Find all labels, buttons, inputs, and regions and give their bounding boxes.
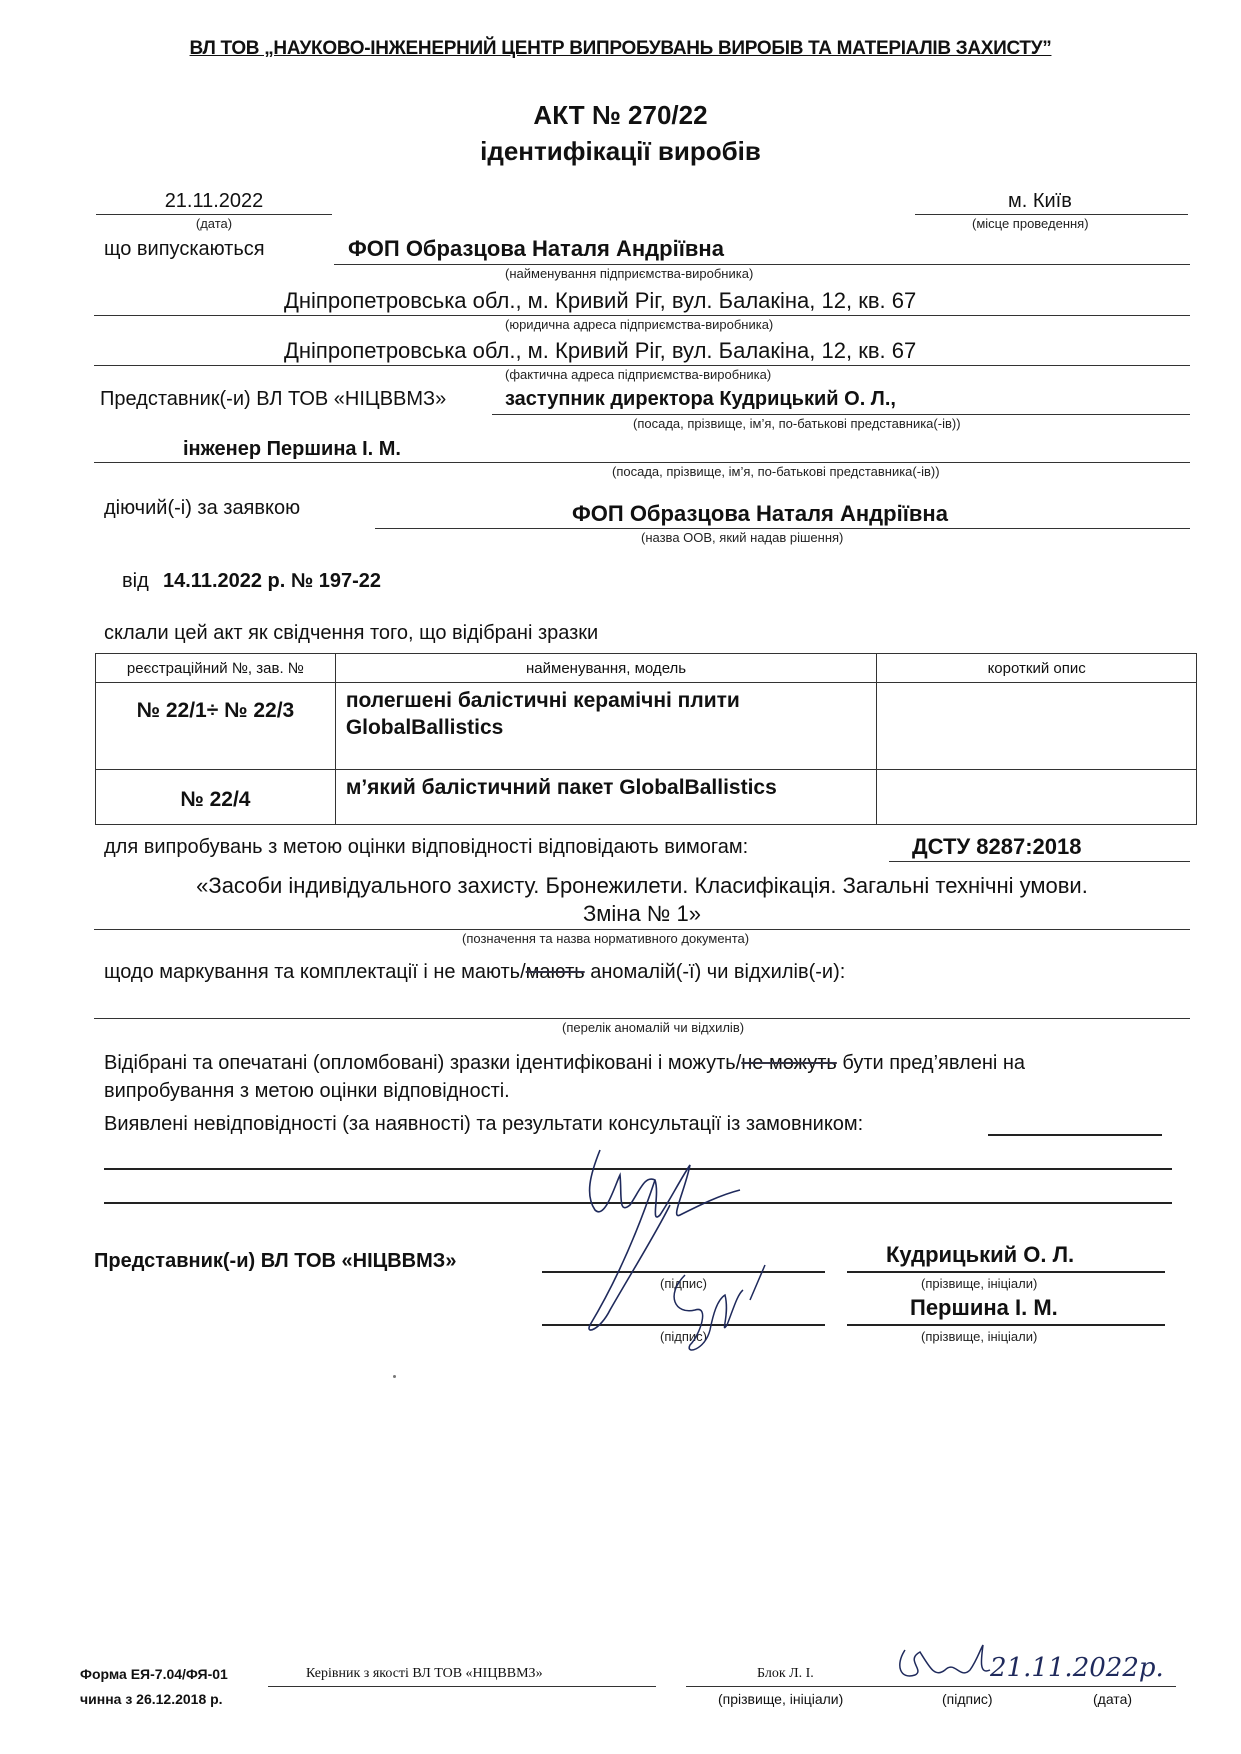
description-cell xyxy=(877,683,1197,770)
findings-underline-2 xyxy=(104,1202,1172,1204)
act-date: 21.11.2022 xyxy=(96,190,332,213)
place-caption: (місце проведення) xyxy=(972,216,1089,231)
standard-code: ДСТУ 8287:2018 xyxy=(912,834,1081,860)
quality-head-name: Блок Л. І. xyxy=(757,1666,814,1682)
identification-line-1: Відібрані та опечатані (опломбовані) зра… xyxy=(104,1052,1025,1075)
findings-underline-1 xyxy=(104,1168,1172,1170)
anomalies-text: щодо маркування та комплектації і не маю… xyxy=(104,961,845,984)
legal-address-underline xyxy=(94,315,1190,316)
quality-head-title: Керівник з якості ВЛ ТОВ «НІЦВВМЗ» xyxy=(306,1666,543,1682)
name-model-cell: полегшені балістичні керамічні плити Glo… xyxy=(335,683,877,770)
signer-1-underline xyxy=(847,1271,1165,1273)
signature-caption-1: (підпис) xyxy=(660,1276,707,1291)
manufacturer-caption: (найменування підприємства-виробника) xyxy=(505,266,753,281)
act-place: м. Київ xyxy=(1008,190,1072,213)
standard-title-underline xyxy=(94,929,1190,930)
table-header-row: реєстраційний №, зав. № найменування, мо… xyxy=(96,654,1197,683)
signer-2-caption: (прізвище, ініціали) xyxy=(921,1329,1037,1344)
signature-line-1 xyxy=(542,1271,825,1273)
reg-no-cell: № 22/4 xyxy=(96,770,336,825)
anomalies-underline xyxy=(94,1018,1190,1019)
findings-label: Виявлені невідповідності (за наявності) … xyxy=(104,1113,863,1136)
reg-no-value: № 22/1÷ № 22/3 xyxy=(137,699,295,722)
signer-2-name: Першина І. М. xyxy=(910,1295,1058,1321)
identification-prefix: Відібрані та опечатані (опломбовані) зра… xyxy=(104,1052,741,1074)
representative-1: заступник директора Кудрицький О. Л., xyxy=(505,388,896,411)
signer-1-name: Кудрицький О. Л. xyxy=(886,1242,1074,1268)
requirements-label: для випробувань з метою оцінки відповідн… xyxy=(104,836,748,859)
actual-address: Дніпропетровська обл., м. Кривий Ріг, ву… xyxy=(284,338,916,364)
application-from-value: 14.11.2022 р. № 197-22 xyxy=(163,570,381,593)
application-label: діючий(-і) за заявкою xyxy=(104,497,300,520)
signature-blok-icon xyxy=(885,1640,995,1690)
table-row: № 22/4 м’який балістичний пакет GlobalBa… xyxy=(96,770,1197,825)
representative-2-caption: (посада, прізвище, ім’я, по-батькові пре… xyxy=(612,464,940,479)
date-caption: (дата) xyxy=(96,216,332,231)
anomalies-suffix: аномалій(-ї) чи відхилів(-и): xyxy=(585,961,846,983)
reg-no-value: № 22/4 xyxy=(180,788,250,811)
signature-kudrytskyi-icon xyxy=(560,1135,790,1345)
signer-2-underline xyxy=(847,1324,1165,1326)
identification-suffix: бути пред’явлені на xyxy=(837,1052,1025,1074)
representative-1-caption: (посада, прізвище, ім’я, по-батькові пре… xyxy=(633,416,961,431)
signature-line-2 xyxy=(542,1324,825,1326)
quality-head-underline xyxy=(268,1686,656,1687)
name-model-cell: м’який балістичний пакет GlobalBallistic… xyxy=(335,770,877,825)
representative-2-underline xyxy=(94,462,1190,463)
act-title: АКТ № 270/22 xyxy=(0,100,1241,131)
anomalies-caption: (перелік аномалій чи відхилів) xyxy=(562,1020,744,1035)
table-row: № 22/1÷ № 22/3 полегшені балістичні кера… xyxy=(96,683,1197,770)
footer-name-caption: (прізвище, ініціали) xyxy=(718,1691,843,1707)
signatures-label: Представник(-и) ВЛ ТОВ «НІЦВВМЗ» xyxy=(94,1250,456,1273)
handwritten-date: 21.11.2022р. xyxy=(990,1653,1164,1683)
items-table: реєстраційний №, зав. № найменування, мо… xyxy=(95,653,1197,825)
act-subtitle: ідентифікації виробів xyxy=(0,136,1241,167)
anomalies-prefix: щодо маркування та комплектації і не маю… xyxy=(104,961,526,983)
identification-struck: не можуть xyxy=(741,1052,837,1074)
name-model-line-1: полегшені балістичні керамічні плити xyxy=(346,687,877,714)
legal-address: Дніпропетровська обл., м. Кривий Ріг, ву… xyxy=(284,288,916,314)
standard-title-line-1: «Засоби індивідуального захисту. Бронежи… xyxy=(94,873,1190,899)
representative-1-underline xyxy=(492,414,1190,415)
form-valid-from: чинна з 26.12.2018 р. xyxy=(80,1691,223,1707)
column-header-name-model: найменування, модель xyxy=(335,654,877,683)
standard-title-line-2: Зміна № 1» xyxy=(94,901,1190,927)
statement-text: склали цей акт як свідчення того, що від… xyxy=(104,622,598,645)
actual-address-underline xyxy=(94,365,1190,366)
representative-2: інженер Першина І. М. xyxy=(183,438,401,461)
footer-sign-underline xyxy=(686,1686,1176,1687)
manufacturer-name: ФОП Образцова Наталя Андріївна xyxy=(348,236,724,262)
organization-header: ВЛ ТОВ „НАУКОВО-ІНЖЕНЕРНИЙ ЦЕНТР ВИПРОБУ… xyxy=(0,38,1241,60)
description-cell xyxy=(877,770,1197,825)
place-underline xyxy=(915,214,1188,215)
reg-no-cell: № 22/1÷ № 22/3 xyxy=(96,683,336,770)
column-header-description: короткий опис xyxy=(877,654,1197,683)
stray-dot xyxy=(393,1375,396,1378)
manufacturer-label: що випускаються xyxy=(104,238,265,261)
signature-caption-2: (підпис) xyxy=(660,1329,707,1344)
footer-date-caption: (дата) xyxy=(1093,1691,1132,1707)
applicant-name: ФОП Образцова Наталя Андріївна xyxy=(572,501,948,527)
date-underline xyxy=(96,214,332,215)
legal-address-caption: (юридична адреса підприємства-виробника) xyxy=(505,317,773,332)
standard-caption: (позначення та назва нормативного докуме… xyxy=(462,931,749,946)
column-header-reg-no: реєстраційний №, зав. № xyxy=(96,654,336,683)
standard-underline xyxy=(889,861,1190,862)
applicant-underline xyxy=(375,528,1190,529)
name-model-line-2: GlobalBallistics xyxy=(346,714,877,741)
actual-address-caption: (фактична адреса підприємства-виробника) xyxy=(505,367,771,382)
footer-sign-caption: (підпис) xyxy=(942,1691,993,1707)
form-code: Форма ЕЯ-7.04/ФЯ-01 xyxy=(80,1666,228,1682)
representatives-label: Представник(-и) ВЛ ТОВ «НІЦВВМЗ» xyxy=(100,388,446,411)
application-from-label: від xyxy=(122,570,149,593)
applicant-caption: (назва ООВ, який надав рішення) xyxy=(641,530,843,545)
identification-line-2: випробування з метою оцінки відповідност… xyxy=(104,1080,510,1103)
name-model-line-1: м’який балістичний пакет GlobalBallistic… xyxy=(346,774,877,801)
signer-1-caption: (прізвище, ініціали) xyxy=(921,1276,1037,1291)
findings-underline-short xyxy=(988,1134,1162,1136)
anomalies-struck: мають xyxy=(526,961,585,983)
manufacturer-underline xyxy=(334,264,1190,265)
